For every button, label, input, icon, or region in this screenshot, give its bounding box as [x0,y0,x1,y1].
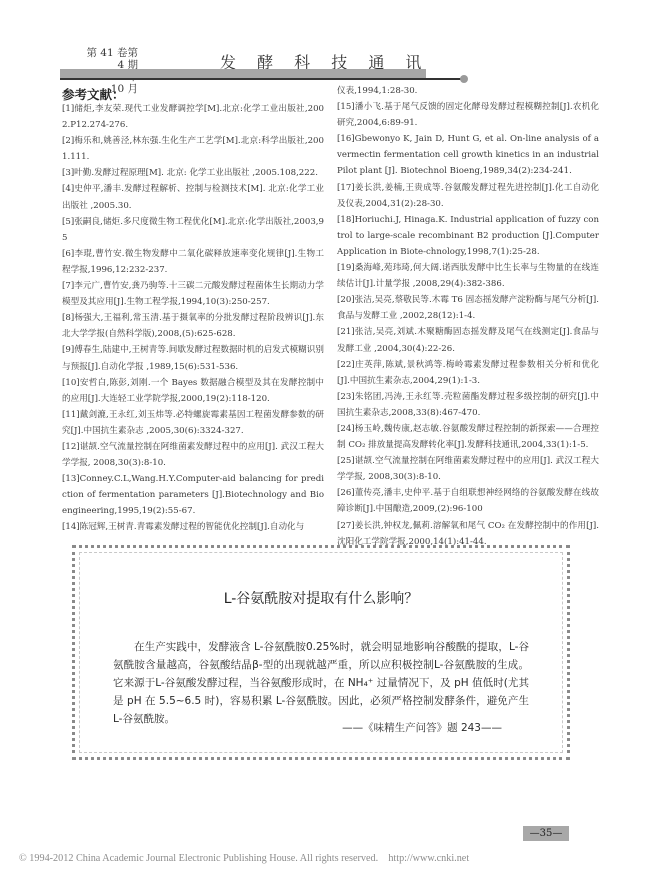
references-right-column: 仪表,1994,1:28-30. [15]潘小飞.基于尾气反馈的固定化酵母发酵过… [337,83,599,550]
reference-item: [7]李元广,曹竹安,龚乃驹等.十三碳二元酸发酵过程菌体生长期动力学模型及其应用… [62,278,324,310]
reference-item: [22]庄英萍,陈斌,景秋鸿等.梅岭霉素发酵过程参数相关分析和优化[J].中国抗… [337,357,599,389]
sidebar-box-body: 在生产实践中，发酵液含 L-谷氨酰胺0.25%时，就会明显地影响谷酸酰的提取，L… [113,638,529,728]
reference-item: [21]张洁,吴亮,刘斌.木聚糖酶固态摇发酵及尾气在线测定[J].食品与发酵工业… [337,324,599,356]
reference-item: [13]Conney.C.L,Wang.H.Y.Computer-aid bal… [62,471,324,519]
reference-item: [26]董传亮,潘丰,史仲平.基于自组联想神经网络的谷氨酸发酵在线故障诊断[J]… [337,485,599,517]
volume-issue: 第 41 卷第 4 期 [82,47,138,71]
reference-item: [18]Horiuchi.J, Hinaga.K. Industrial app… [337,212,599,260]
reference-item: [1]储炬,李友荣.现代工业发酵调控学[M].北京:化学工业出版社,2002.P… [62,101,324,133]
reference-item: [19]桑海峰,苑玮琦,何大阔.诺西肽发酵中比生长率与生物量的在线连续估计[J]… [337,260,599,292]
page-number: —35— [523,826,569,841]
references-left-column: [1]储炬,李友荣.现代工业发酵调控学[M].北京:化学工业出版社,2002.P… [62,101,324,536]
reference-item: [10]安哲白,陈彭,刘刚.一个 Bayes 数据融合模型及其在发酵控制中的应用… [62,375,324,407]
reference-item: [24]杨玉岭,魏传康,赵志敏.谷氨酸发酵过程控制的新探索——合理控制 CO₂ … [337,421,599,453]
reference-item: [5]张嗣良,储炬.多尺度微生物工程优化[M].北京:化学出版社,2003,95 [62,214,324,246]
reference-item: 仪表,1994,1:28-30. [337,83,599,99]
reference-item: [2]梅乐和,姚善泾,林东强.生化生产工艺学[M].北京:科学出版社,2001.… [62,133,324,165]
reference-item: [4]史仲平,潘丰.发酵过程解析、控制与检测技术[M]. 北京:化学工业出版社 … [62,181,324,213]
reference-item: [23]朱铭团,冯涛,王永红等.壳粒菌酯发酵过程多级控制的研究[J].中国抗生素… [337,389,599,421]
reference-item: [3]叶勤.发酵过程原理[M]. 北京: 化学工业出版社 ,2005.108,2… [62,165,324,181]
reference-item: [15]潘小飞.基于尾气反馈的固定化酵母发酵过程模糊控制[J].农机化研究,20… [337,99,599,131]
reference-item: [8]杨强大,王福利,常玉清.基于摄氧率的分批发酵过程阶段辨识[J].东北大学学… [62,310,324,342]
reference-item: [17]姜长洪,姜楠,王贵成等.谷氨酸发酵过程先进控制[J].化工自动化及仪表,… [337,180,599,212]
reference-item: [6]李琨,曹竹安.微生物发酵中二氧化碳释放速率变化规律[J].生物工程学报,1… [62,246,324,278]
reference-item: [25]谌颉.空气流量控制在阿维菌素发酵过程中的应用[J]. 武汉工程大学学报,… [337,453,599,485]
header-rule-dot [460,75,468,83]
reference-item: [16]Gbewonyo K, Jain D, Hunt G, et al. O… [337,131,599,179]
reference-item: [11]戴剑漉,王永红,刘玉炜等.必特螺旋霉素基因工程菌发酵参数的研究[J].中… [62,407,324,439]
copyright-notice: © 1994-2012 China Academic Journal Elect… [19,853,469,864]
header-bar [60,69,426,78]
sidebar-box-source: ——《味精生产问答》题 243—— [75,720,567,735]
sidebar-box-title: L-谷氨酰胺对提取有什么影响？ [75,588,567,608]
reference-item: [14]陈冠辉,王树青.青霉素发酵过程的智能优化控制[J].自动化与 [62,519,324,535]
reference-item: [12]谌颉.空气流量控制在阿维菌素发酵过程中的应用[J]. 武汉工程大学学报,… [62,439,324,471]
sidebar-box: L-谷氨酰胺对提取有什么影响？ 在生产实践中，发酵液含 L-谷氨酰胺0.25%时… [72,545,570,760]
header-rule [60,78,464,80]
reference-item: [9]傅春生,陆建中,王树青等.间歇发酵过程数据时机的启发式模糊识别与预报[J]… [62,342,324,374]
reference-item: [20]张洁,吴亮,蔡敬民等.木霉 T6 固态摇发酵产淀粉酶与尾气分析[J].食… [337,292,599,324]
